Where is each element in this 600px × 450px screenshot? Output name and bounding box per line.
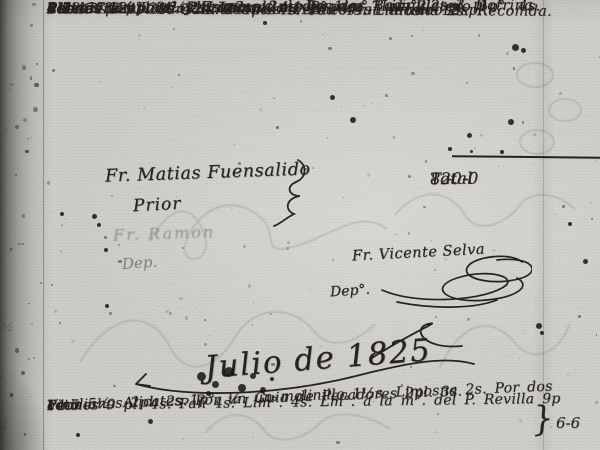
ink-speck [61,224,62,225]
ink-speck [52,69,55,72]
ink-speck [408,232,410,234]
ink-speck [310,289,311,290]
ink-speck [519,419,523,423]
ink-speck [328,47,331,50]
ink-speck [385,94,388,97]
ink-speck [182,247,184,249]
ink-speck [179,297,182,300]
ink-speck [513,67,516,70]
ink-speck [568,222,572,226]
ink-speck [367,173,371,177]
ink-speck [113,385,116,388]
ink-speck [171,86,173,88]
ink-speck [60,250,62,252]
ink-speck [138,34,141,37]
ink-speck [508,119,514,125]
ink-speck [478,34,481,37]
ink-speck [470,150,473,153]
ink-speck [144,107,145,108]
ink-speck [425,160,427,162]
book-binding-gutter [0,0,50,450]
bleed-through-ghost [200,408,400,448]
ink-speck [595,160,596,161]
group-amount: 6-6 [556,414,580,432]
ink-speck [506,52,509,55]
ink-speck [65,218,67,220]
ink-speck [395,234,397,236]
ink-speck [276,126,279,129]
signature-selva-role: Dep°. [329,282,370,301]
ink-speck [51,284,53,286]
ink-speck [182,438,184,440]
ink-speck [559,92,562,95]
entry-amount: 2.5 [47,1,71,17]
ink-speck [437,413,440,416]
ink-speck [123,414,124,415]
prior-rubric-flourish [268,156,314,228]
ink-speck [372,103,373,104]
ink-speck [286,247,289,250]
ink-speck [138,105,139,106]
ink-speck [243,245,246,248]
ink-speck [287,241,290,244]
ink-speck [362,105,364,107]
ink-speck [324,133,325,134]
ink-speck [523,330,525,332]
ink-speck [522,121,524,123]
ink-speck [105,304,109,308]
ink-speck [253,302,254,303]
ink-speck [500,150,504,154]
signature-ramon-role: Dep. [121,253,157,273]
ink-speck [111,195,113,197]
ink-speck [466,82,468,84]
ink-speck [100,81,102,83]
ink-speck [336,441,339,444]
ink-speck [343,197,344,198]
ink-speck [423,30,424,31]
ink-speck [596,334,597,335]
ink-speck [315,111,317,113]
total-value: 820-0 [430,169,479,189]
ink-speck [474,147,476,149]
ink-speck [92,214,97,219]
ink-speck [59,322,61,324]
ink-speck [448,147,452,151]
ink-speck [104,248,108,252]
ink-speck [60,212,64,216]
ink-speck [591,218,593,220]
ink-speck [118,244,119,245]
ink-speck [393,136,396,139]
ink-speck [97,223,101,227]
ink-speck [148,419,153,424]
ink-speck [104,236,107,239]
ink-speck [322,34,324,36]
ink-speck [590,202,591,203]
ink-speck [436,431,437,432]
ink-speck [295,127,296,128]
ink-speck [54,310,56,312]
signature-ramon-faded: Fr. Ramon [113,222,216,245]
ink-speck [350,117,356,123]
ink-speck [578,315,581,318]
total-rule [452,155,600,159]
ink-speck [327,137,329,139]
ink-speck [270,313,272,315]
ink-speck [521,48,526,53]
ink-speck [512,44,519,51]
ink-speck [569,103,571,105]
ink-speck [423,206,425,208]
ink-speck [467,133,472,138]
ink-speck [381,103,382,104]
manuscript-page: ½ 2 Peones 1 p°. 2s. Plaza 2 pl. medio 1… [0,0,600,450]
ink-speck [562,205,565,208]
ink-speck [498,166,499,167]
ink-speck [330,95,335,100]
ink-speck [231,208,233,210]
ink-speck [583,259,588,264]
group-brace: } [530,398,556,440]
ink-speck [178,74,180,76]
ink-speck [519,358,520,359]
ink-speck [430,236,431,237]
ink-speck [169,312,172,315]
ink-speck [166,310,169,313]
ink-speck [259,108,262,111]
ink-speck [430,240,432,242]
ink-speck [332,259,334,261]
ink-speck [109,312,112,315]
ink-speck [480,134,483,137]
ink-speck [300,20,302,22]
ink-speck [173,28,175,30]
ink-speck [408,175,411,178]
ink-speck [263,21,267,25]
signature-prior-role: Prior [133,194,182,217]
ink-speck [388,222,389,223]
ink-speck [595,401,598,404]
ink-speck [76,433,80,437]
ink-speck [567,374,569,376]
ink-speck [71,340,74,343]
total-line: Total- - -820-0 [430,167,600,169]
ink-speck [273,98,274,99]
ink-speck [252,436,254,438]
ink-speck [233,144,235,146]
ink-speck [159,306,160,307]
ink-speck [341,106,342,107]
ink-speck [248,284,251,287]
ink-speck [411,72,414,75]
ink-speck [389,37,392,40]
ink-speck [411,35,413,37]
selva-rubric-flourish [372,250,532,310]
